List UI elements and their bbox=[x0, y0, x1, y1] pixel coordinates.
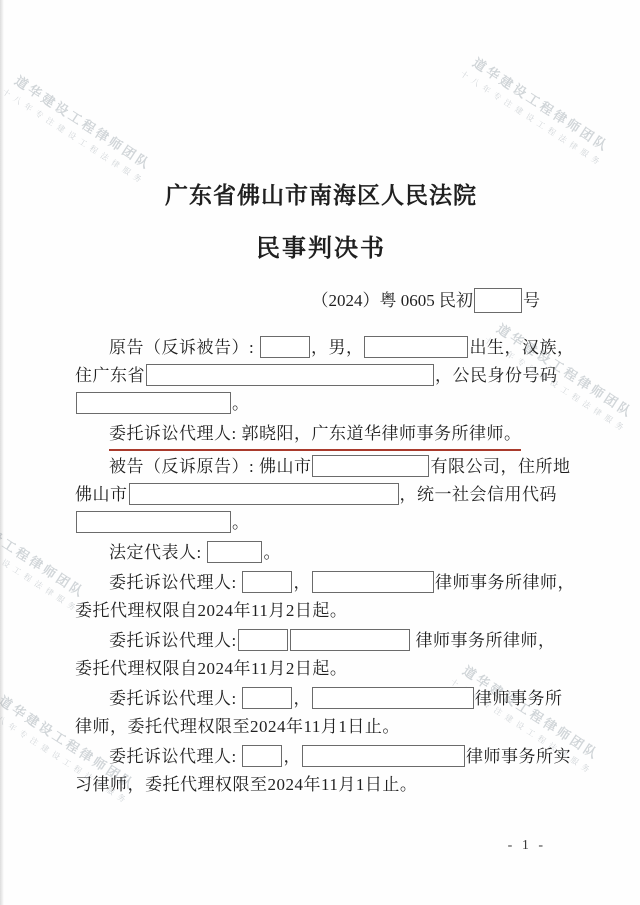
redaction-box bbox=[242, 571, 292, 593]
paragraph-defendant-agent-3: 委托诉讼代理人: ，律师事务所律师，委托代理权限至2024年11月1日止。 bbox=[75, 685, 567, 741]
text-run: 律师事务所律师， bbox=[435, 573, 575, 592]
text-line: 被告（反诉原告）: 佛山市有限公司，住所地 bbox=[75, 453, 567, 481]
text-run: 律师事务所 bbox=[475, 689, 563, 708]
redaction-box bbox=[312, 571, 434, 593]
paragraph-plaintiff: 原告（反诉被告）: ，男，出生，汉族，住广东省，公民身份号码。 bbox=[75, 334, 567, 418]
watermark-subtext: 十八年专注建设工程法律服务 bbox=[0, 86, 148, 187]
text-run: 律师事务所实 bbox=[466, 747, 571, 766]
text-run: 委托诉讼代理人: bbox=[109, 573, 241, 592]
court-name: 广东省佛山市南海区人民法院 bbox=[75, 183, 567, 209]
text-run: 委托代理权限自2024年11月2日起。 bbox=[75, 659, 347, 678]
text-run: 住广东省 bbox=[75, 366, 145, 385]
page-number: - 1 - bbox=[508, 838, 546, 854]
paragraph-defendant-agent-2: 委托诉讼代理人: 律师事务所律师，委托代理权限自2024年11月2日起。 bbox=[75, 627, 567, 683]
redaction-box bbox=[312, 687, 474, 709]
text-line: 法定代表人: 。 bbox=[75, 539, 567, 567]
redaction-box bbox=[364, 336, 468, 358]
scan-edge-shadow bbox=[0, 0, 4, 905]
text-run: 被告（反诉原告）: 佛山市 bbox=[109, 457, 311, 476]
text-line: 委托诉讼代理人: 律师事务所律师， bbox=[75, 627, 567, 655]
redaction-box bbox=[76, 511, 231, 533]
redaction-box bbox=[207, 541, 262, 563]
text-run: 律师，委托代理权限至2024年11月1日止。 bbox=[75, 717, 400, 736]
text-run: 出生，汉族， bbox=[469, 338, 574, 357]
watermark-text: 道华建设工程律师团队 bbox=[8, 68, 160, 176]
document-body: 原告（反诉被告）: ，男，出生，汉族，住广东省，公民身份号码。委托诉讼代理人: … bbox=[75, 334, 567, 799]
text-run: 律师事务所律师， bbox=[411, 631, 556, 650]
text-run: ， bbox=[293, 689, 311, 708]
text-line: 习律师，委托代理权限至2024年11月1日止。 bbox=[75, 771, 567, 799]
redaction-box bbox=[146, 364, 434, 386]
case-number-suffix: 号 bbox=[523, 291, 540, 310]
text-line: 律师，委托代理权限至2024年11月1日止。 bbox=[75, 713, 567, 741]
text-run: 习律师，委托代理权限至2024年11月1日止。 bbox=[75, 775, 417, 794]
text-line: 佛山市，统一社会信用代码 bbox=[75, 481, 567, 509]
text-run: 有限公司，住所地 bbox=[430, 457, 570, 476]
redaction-box bbox=[242, 745, 282, 767]
text-run: 法定代表人: bbox=[109, 543, 206, 562]
document-content: 广东省佛山市南海区人民法院 民事判决书 （2024）粤 0605 民初号 原告（… bbox=[75, 183, 567, 799]
text-run: 。 bbox=[232, 513, 250, 532]
paragraph-legal-representative: 法定代表人: 。 bbox=[75, 539, 567, 567]
law-firm-watermark-stamp: 道华建设工程律师团队十八年专注建设工程法律服务 bbox=[0, 68, 160, 188]
paragraph-defendant-agent-4: 委托诉讼代理人: ，律师事务所实习律师，委托代理权限至2024年11月1日止。 bbox=[75, 743, 567, 799]
law-firm-watermark-stamp: 道华建设工程律师团队十八年专注建设工程法律服务 bbox=[458, 50, 618, 170]
text-line: 委托代理权限自2024年11月2日起。 bbox=[75, 597, 567, 625]
redaction-box bbox=[290, 629, 410, 651]
redaction-box bbox=[129, 483, 399, 505]
text-run: 委托诉讼代理人: bbox=[109, 747, 241, 766]
text-line: 。 bbox=[75, 509, 567, 537]
paragraph-defendant: 被告（反诉原告）: 佛山市有限公司，住所地佛山市，统一社会信用代码。 bbox=[75, 453, 567, 537]
judgment-document-page: 道华建设工程律师团队十八年专注建设工程法律服务道华建设工程律师团队十八年专注建设… bbox=[0, 0, 640, 905]
case-number-prefix: （2024）粤 0605 民初 bbox=[312, 291, 474, 310]
case-number-line: （2024）粤 0605 民初号 bbox=[75, 287, 567, 315]
text-line: 委托诉讼代理人: ，律师事务所 bbox=[75, 685, 567, 713]
redaction-box bbox=[312, 455, 429, 477]
redaction-box bbox=[76, 392, 231, 414]
text-line: 委托诉讼代理人: 郭晓阳，广东道华律师事务所律师。 bbox=[75, 420, 567, 451]
paragraph-plaintiff-agent: 委托诉讼代理人: 郭晓阳，广东道华律师事务所律师。 bbox=[75, 420, 567, 451]
text-line: 委托诉讼代理人: ，律师事务所律师， bbox=[75, 569, 567, 597]
redaction-box bbox=[242, 687, 292, 709]
text-run: 。 bbox=[263, 543, 281, 562]
text-run: ， bbox=[283, 747, 301, 766]
redaction-box bbox=[238, 629, 288, 651]
text-run: 原告（反诉被告）: bbox=[109, 338, 259, 357]
text-run: ，男， bbox=[311, 338, 364, 357]
red-underlined-text: 委托诉讼代理人: 郭晓阳，广东道华律师事务所律师。 bbox=[109, 420, 521, 451]
watermark-subtext: 十八年专注建设工程法律服务 bbox=[0, 514, 82, 615]
watermark-text: 道华建设工程律师团队 bbox=[466, 50, 618, 158]
text-run: ， bbox=[293, 573, 311, 592]
text-line: 委托代理权限自2024年11月2日起。 bbox=[75, 655, 567, 683]
text-line: 住广东省，公民身份号码 bbox=[75, 362, 567, 390]
text-line: 委托诉讼代理人: ，律师事务所实 bbox=[75, 743, 567, 771]
paragraph-defendant-agent-1: 委托诉讼代理人: ，律师事务所律师，委托代理权限自2024年11月2日起。 bbox=[75, 569, 567, 625]
text-run: 委托代理权限自2024年11月2日起。 bbox=[75, 601, 347, 620]
redaction-box bbox=[302, 745, 465, 767]
text-run: 佛山市 bbox=[75, 485, 128, 504]
text-run: 。 bbox=[232, 394, 250, 413]
text-line: 原告（反诉被告）: ，男，出生，汉族， bbox=[75, 334, 567, 362]
redaction-box bbox=[474, 288, 522, 313]
text-line: 。 bbox=[75, 390, 567, 418]
text-run: ，公民身份号码 bbox=[435, 366, 558, 385]
text-run: 委托诉讼代理人: bbox=[109, 631, 237, 650]
text-run: ，统一社会信用代码 bbox=[400, 485, 558, 504]
text-run: 委托诉讼代理人: bbox=[109, 689, 241, 708]
redaction-box bbox=[260, 336, 310, 358]
text-run: 委托诉讼代理人: 郭晓阳，广东道华律师事务所律师。 bbox=[109, 424, 521, 443]
watermark-subtext: 十八年专注建设工程法律服务 bbox=[458, 68, 606, 169]
document-title: 民事判决书 bbox=[75, 236, 567, 262]
